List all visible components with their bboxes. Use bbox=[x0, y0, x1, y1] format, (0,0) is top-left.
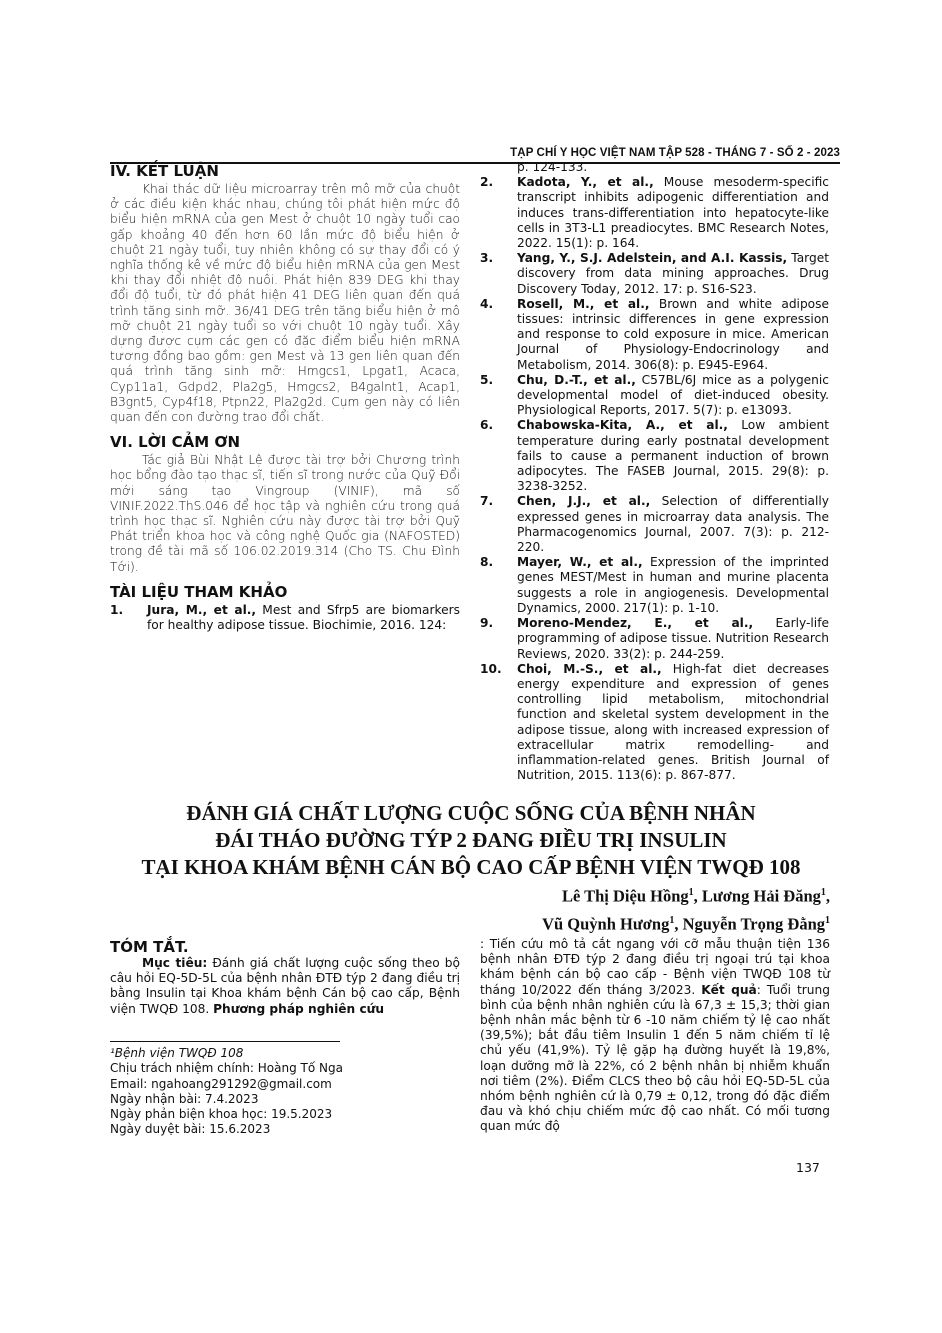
author-affiliation-mark: 1 bbox=[669, 915, 674, 926]
reference-authors: Moreno-Mendez, E., et al., bbox=[517, 616, 753, 630]
reference-number: 5. bbox=[480, 373, 517, 419]
email-note: Email: ngahoang291292@gmail.com bbox=[110, 1077, 460, 1092]
reference-item: 9.Moreno-Mendez, E., et al., Early-life … bbox=[480, 616, 829, 662]
reference-number: 1. bbox=[110, 603, 147, 633]
reference-body: Jura, M., et al., Mest and Sfrp5 are bio… bbox=[147, 603, 460, 633]
reference-number: 3. bbox=[480, 251, 517, 297]
received-date: Ngày nhận bài: 7.4.2023 bbox=[110, 1092, 460, 1107]
acknowledgement-heading: VI. LỜI CẢM ƠN bbox=[110, 433, 460, 451]
reference-number: 10. bbox=[480, 662, 517, 784]
footnotes: ¹Bệnh viện TWQĐ 108 Chịu trách nhiệm chí… bbox=[110, 1046, 460, 1138]
reference-authors: Chu, D.-T., et al., bbox=[517, 373, 636, 387]
abstract-objective: Mục tiêu: Đánh giá chất lượng cuộc sống … bbox=[110, 956, 460, 1017]
reference-number: 9. bbox=[480, 616, 517, 662]
author-affiliation-mark: 1 bbox=[821, 887, 826, 898]
reference-body: Kadota, Y., et al., Mouse mesoderm-speci… bbox=[517, 175, 829, 251]
reference-authors: Chen, J.J., et al., bbox=[517, 494, 650, 508]
references-heading: TÀI LIỆU THAM KHẢO bbox=[110, 583, 460, 601]
journal-page: TẠP CHÍ Y HỌC VIỆT NAM TẬP 528 - THÁNG 7… bbox=[0, 0, 942, 1333]
conclusion-text: Khai thác dữ liệu microarray trên mô mỡ … bbox=[110, 182, 460, 425]
reference-body: Moreno-Mendez, E., et al., Early-life pr… bbox=[517, 616, 829, 662]
reference-body: Chu, D.-T., et al., C57BL/6J mice as a p… bbox=[517, 373, 829, 419]
reference-number: 6. bbox=[480, 418, 517, 494]
reference-item: 2.Kadota, Y., et al., Mouse mesoderm-spe… bbox=[480, 175, 829, 251]
reference-body: Rosell, M., et al., Brown and white adip… bbox=[517, 297, 829, 373]
reference-item: 8.Mayer, W., et al., Expression of the i… bbox=[480, 555, 829, 616]
results-text: : Tuổi trung bình của bệnh nhân nghiên c… bbox=[480, 983, 830, 1134]
reference-item: 5.Chu, D.-T., et al., C57BL/6J mice as a… bbox=[480, 373, 829, 419]
results-label: Kết quả bbox=[701, 983, 757, 997]
author-affiliation-mark: 1 bbox=[689, 887, 694, 898]
reference-authors: Chabowska-Kita, A., et al., bbox=[517, 418, 728, 432]
abstract-heading: TÓM TẮT. bbox=[110, 938, 460, 956]
footnote-divider bbox=[110, 1041, 340, 1042]
author-name: Lương Hải Đăng bbox=[702, 887, 821, 906]
objective-label: Mục tiêu: bbox=[142, 956, 207, 970]
article-title: ĐÁNH GIÁ CHẤT LƯỢNG CUỘC SỐNG CỦA BỆNH N… bbox=[100, 800, 842, 881]
reference-authors: Kadota, Y., et al., bbox=[517, 175, 654, 189]
reference-item: 7.Chen, J.J., et al., Selection of diffe… bbox=[480, 494, 829, 555]
right-column: p. 124-133. 2.Kadota, Y., et al., Mouse … bbox=[480, 160, 829, 783]
reference-body: Mayer, W., et al., Expression of the imp… bbox=[517, 555, 829, 616]
author-name: Vũ Quỳnh Hương bbox=[542, 914, 669, 933]
reference-number: 4. bbox=[480, 297, 517, 373]
reference-item: 6.Chabowska-Kita, A., et al., Low ambien… bbox=[480, 418, 829, 494]
reference-number: 2. bbox=[480, 175, 517, 251]
reference-authors: Jura, M., et al., bbox=[147, 603, 256, 617]
affiliation-note: ¹Bệnh viện TWQĐ 108 bbox=[110, 1046, 460, 1061]
reference-item: 3.Yang, Y., S.J. Adelstein, and A.I. Kas… bbox=[480, 251, 829, 297]
page-number: 137 bbox=[796, 1160, 820, 1175]
reference-authors: Choi, M.-S., et al., bbox=[517, 662, 662, 676]
reference-body: Yang, Y., S.J. Adelstein, and A.I. Kassi… bbox=[517, 251, 829, 297]
acknowledgement-text: Tác giả Bùi Nhật Lệ được tài trợ bởi Chư… bbox=[110, 453, 460, 575]
abstract-right: : Tiến cứu mô tả cắt ngang với cỡ mẫu th… bbox=[480, 937, 830, 1135]
left-column: IV. KẾT LUẬN Khai thác dữ liệu microarra… bbox=[110, 160, 460, 633]
author-list: Lê Thị Diệu Hồng1, Lương Hải Đăng1, Vũ Q… bbox=[400, 881, 830, 936]
reference-item: 4.Rosell, M., et al., Brown and white ad… bbox=[480, 297, 829, 373]
author-affiliation-mark: 1 bbox=[825, 915, 830, 926]
reference-authors: Rosell, M., et al., bbox=[517, 297, 650, 311]
author-name: Nguyễn Trọng Đằng bbox=[683, 914, 825, 933]
reference-authors: Mayer, W., et al., bbox=[517, 555, 643, 569]
reference-body: Chabowska-Kita, A., et al., Low ambient … bbox=[517, 418, 829, 494]
reference-item: 1. Jura, M., et al., Mest and Sfrp5 are … bbox=[110, 603, 460, 633]
reference-body: Chen, J.J., et al., Selection of differe… bbox=[517, 494, 829, 555]
corresponding-author: Chịu trách nhiệm chính: Hoàng Tố Nga bbox=[110, 1061, 460, 1076]
author-name: Lê Thị Diệu Hồng bbox=[562, 887, 689, 906]
abstract-left: TÓM TẮT. Mục tiêu: Đánh giá chất lượng c… bbox=[110, 938, 460, 1017]
reference-list: 2.Kadota, Y., et al., Mouse mesoderm-spe… bbox=[480, 175, 829, 783]
reference-number: 7. bbox=[480, 494, 517, 555]
reference-text: High-fat diet decreases energy expenditu… bbox=[517, 662, 829, 782]
reference-body: Choi, M.-S., et al., High-fat diet decre… bbox=[517, 662, 829, 784]
accepted-date: Ngày duyệt bài: 15.6.2023 bbox=[110, 1122, 460, 1137]
method-label: Phương pháp nghiên cứu bbox=[213, 1002, 384, 1016]
reference-number: 8. bbox=[480, 555, 517, 616]
reference-authors: Yang, Y., S.J. Adelstein, and A.I. Kassi… bbox=[517, 251, 787, 265]
review-date: Ngày phản biện khoa học: 19.5.2023 bbox=[110, 1107, 460, 1122]
title-line: TẠI KHOA KHÁM BỆNH CÁN BỘ CAO CẤP BỆNH V… bbox=[100, 854, 842, 881]
title-line: ĐÁI THÁO ĐƯỜNG TÝP 2 ĐANG ĐIỀU TRỊ INSUL… bbox=[100, 827, 842, 854]
reference-continuation: p. 124-133. bbox=[480, 160, 829, 175]
conclusion-heading: IV. KẾT LUẬN bbox=[110, 162, 460, 180]
title-line: ĐÁNH GIÁ CHẤT LƯỢNG CUỘC SỐNG CỦA BỆNH N… bbox=[100, 800, 842, 827]
reference-item: 10.Choi, M.-S., et al., High-fat diet de… bbox=[480, 662, 829, 784]
